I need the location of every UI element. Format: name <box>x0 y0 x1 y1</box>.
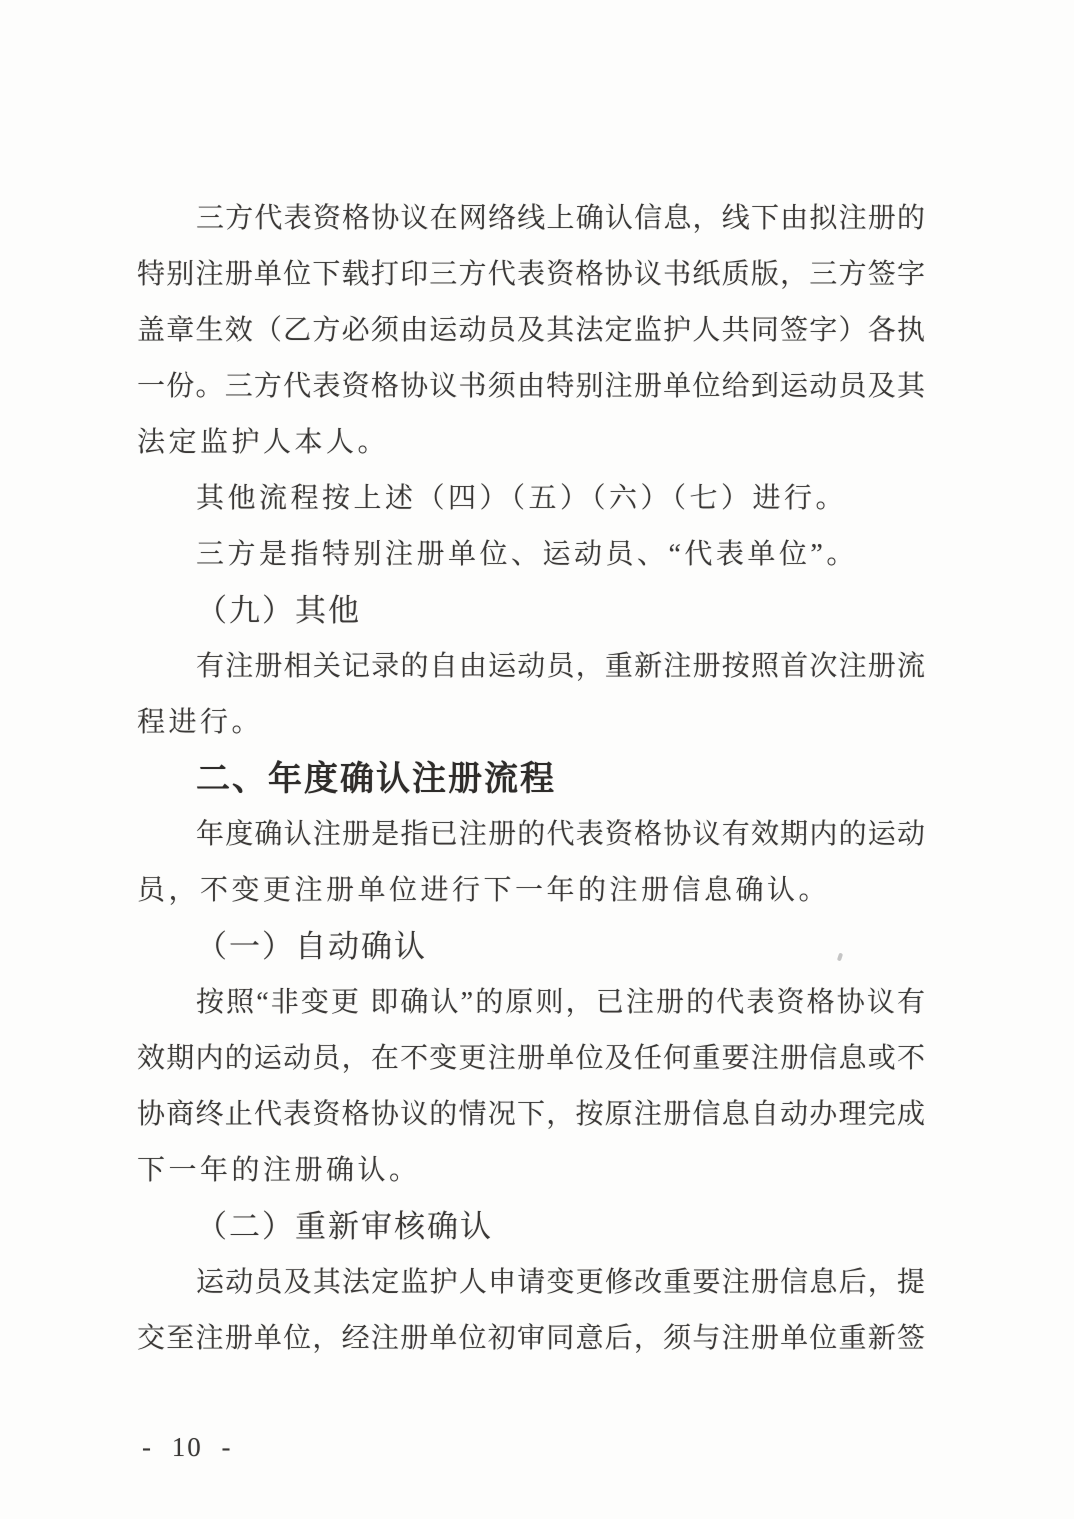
text-line: 程进行。 <box>137 695 925 751</box>
paragraph: （九）其他 <box>137 583 925 639</box>
text-line: 年度确认注册是指已注册的代表资格协议有效期内的运动 <box>137 807 925 863</box>
paragraph: （二）重新审核确认 <box>137 1199 925 1255</box>
paragraph: 有注册相关记录的自由运动员，重新注册按照首次注册流 程进行。 <box>137 639 925 751</box>
text-line: 运动员及其法定监护人申请变更修改重要注册信息后，提 <box>137 1255 925 1311</box>
text-column: 三方代表资格协议在网络线上确认信息，线下由拟注册的 特别注册单位下载打印三方代表… <box>137 191 925 1367</box>
subsection-heading-line: （一）自动确认 <box>137 919 925 975</box>
paragraph: 三方代表资格协议在网络线上确认信息，线下由拟注册的 特别注册单位下载打印三方代表… <box>137 191 925 471</box>
subsection-heading-line: （二）重新审核确认 <box>137 1199 925 1255</box>
text-line: 一份。三方代表资格协议书须由特别注册单位给到运动员及其 <box>137 359 925 415</box>
text-line: 协商终止代表资格协议的情况下，按原注册信息自动办理完成 <box>137 1087 925 1143</box>
text-line: 法定监护人本人。 <box>137 415 925 471</box>
text-line: 盖章生效（乙方必须由运动员及其法定监护人共同签字）各执 <box>137 303 925 359</box>
paragraph: 三方是指特别注册单位、运动员、“代表单位”。 <box>137 527 925 583</box>
text-line: 交至注册单位，经注册单位初审同意后，须与注册单位重新签 <box>137 1311 925 1367</box>
text-line: 三方是指特别注册单位、运动员、“代表单位”。 <box>137 527 925 583</box>
text-line: 效期内的运动员，在不变更注册单位及任何重要注册信息或不 <box>137 1031 925 1087</box>
text-line: 其他流程按上述（四）（五）（六）（七）进行。 <box>137 471 925 527</box>
text-line: 特别注册单位下载打印三方代表资格协议书纸质版，三方签字 <box>137 247 925 303</box>
section-heading-line: 二、年度确认注册流程 <box>137 751 925 807</box>
subsection-heading-line: （九）其他 <box>137 583 925 639</box>
paragraph: 二、年度确认注册流程 <box>137 751 925 807</box>
text-line: 三方代表资格协议在网络线上确认信息，线下由拟注册的 <box>137 191 925 247</box>
text-line: 有注册相关记录的自由运动员，重新注册按照首次注册流 <box>137 639 925 695</box>
paragraph: 年度确认注册是指已注册的代表资格协议有效期内的运动 员，不变更注册单位进行下一年… <box>137 807 925 919</box>
paragraph: 其他流程按上述（四）（五）（六）（七）进行。 <box>137 471 925 527</box>
paragraph: 按照“非变更 即确认”的原则，已注册的代表资格协议有 效期内的运动员，在不变更注… <box>137 975 925 1199</box>
text-line: 按照“非变更 即确认”的原则，已注册的代表资格协议有 <box>137 975 925 1031</box>
text-line: 员，不变更注册单位进行下一年的注册信息确认。 <box>137 863 925 919</box>
paragraph: （一）自动确认 <box>137 919 925 975</box>
text-line: 下一年的注册确认。 <box>137 1143 925 1199</box>
page-number: - 10 - <box>142 1427 232 1467</box>
document-page: 三方代表资格协议在网络线上确认信息，线下由拟注册的 特别注册单位下载打印三方代表… <box>0 0 1074 1519</box>
paragraph: 运动员及其法定监护人申请变更修改重要注册信息后，提 交至注册单位，经注册单位初审… <box>137 1255 925 1367</box>
